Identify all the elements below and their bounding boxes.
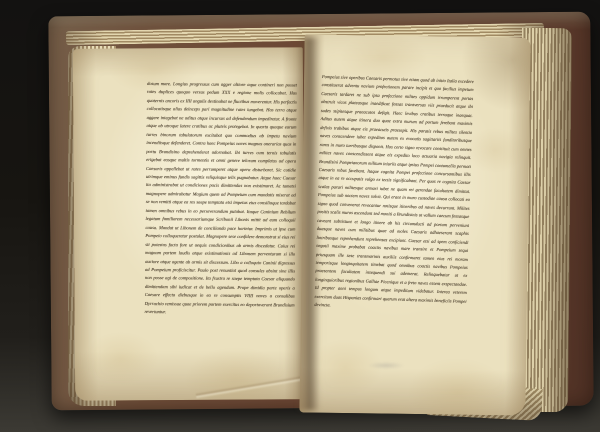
- left-page-text: dosum mare. Longius progressus cum agger…: [144, 80, 297, 337]
- left-page-crease: [195, 367, 305, 401]
- book: dosum mare. Longius progressus cum agger…: [48, 12, 594, 412]
- photo-backdrop: dosum mare. Longius progressus cum agger…: [0, 0, 600, 432]
- right-page-text: Pompeius sive operibus Caesaris permotus…: [313, 73, 473, 336]
